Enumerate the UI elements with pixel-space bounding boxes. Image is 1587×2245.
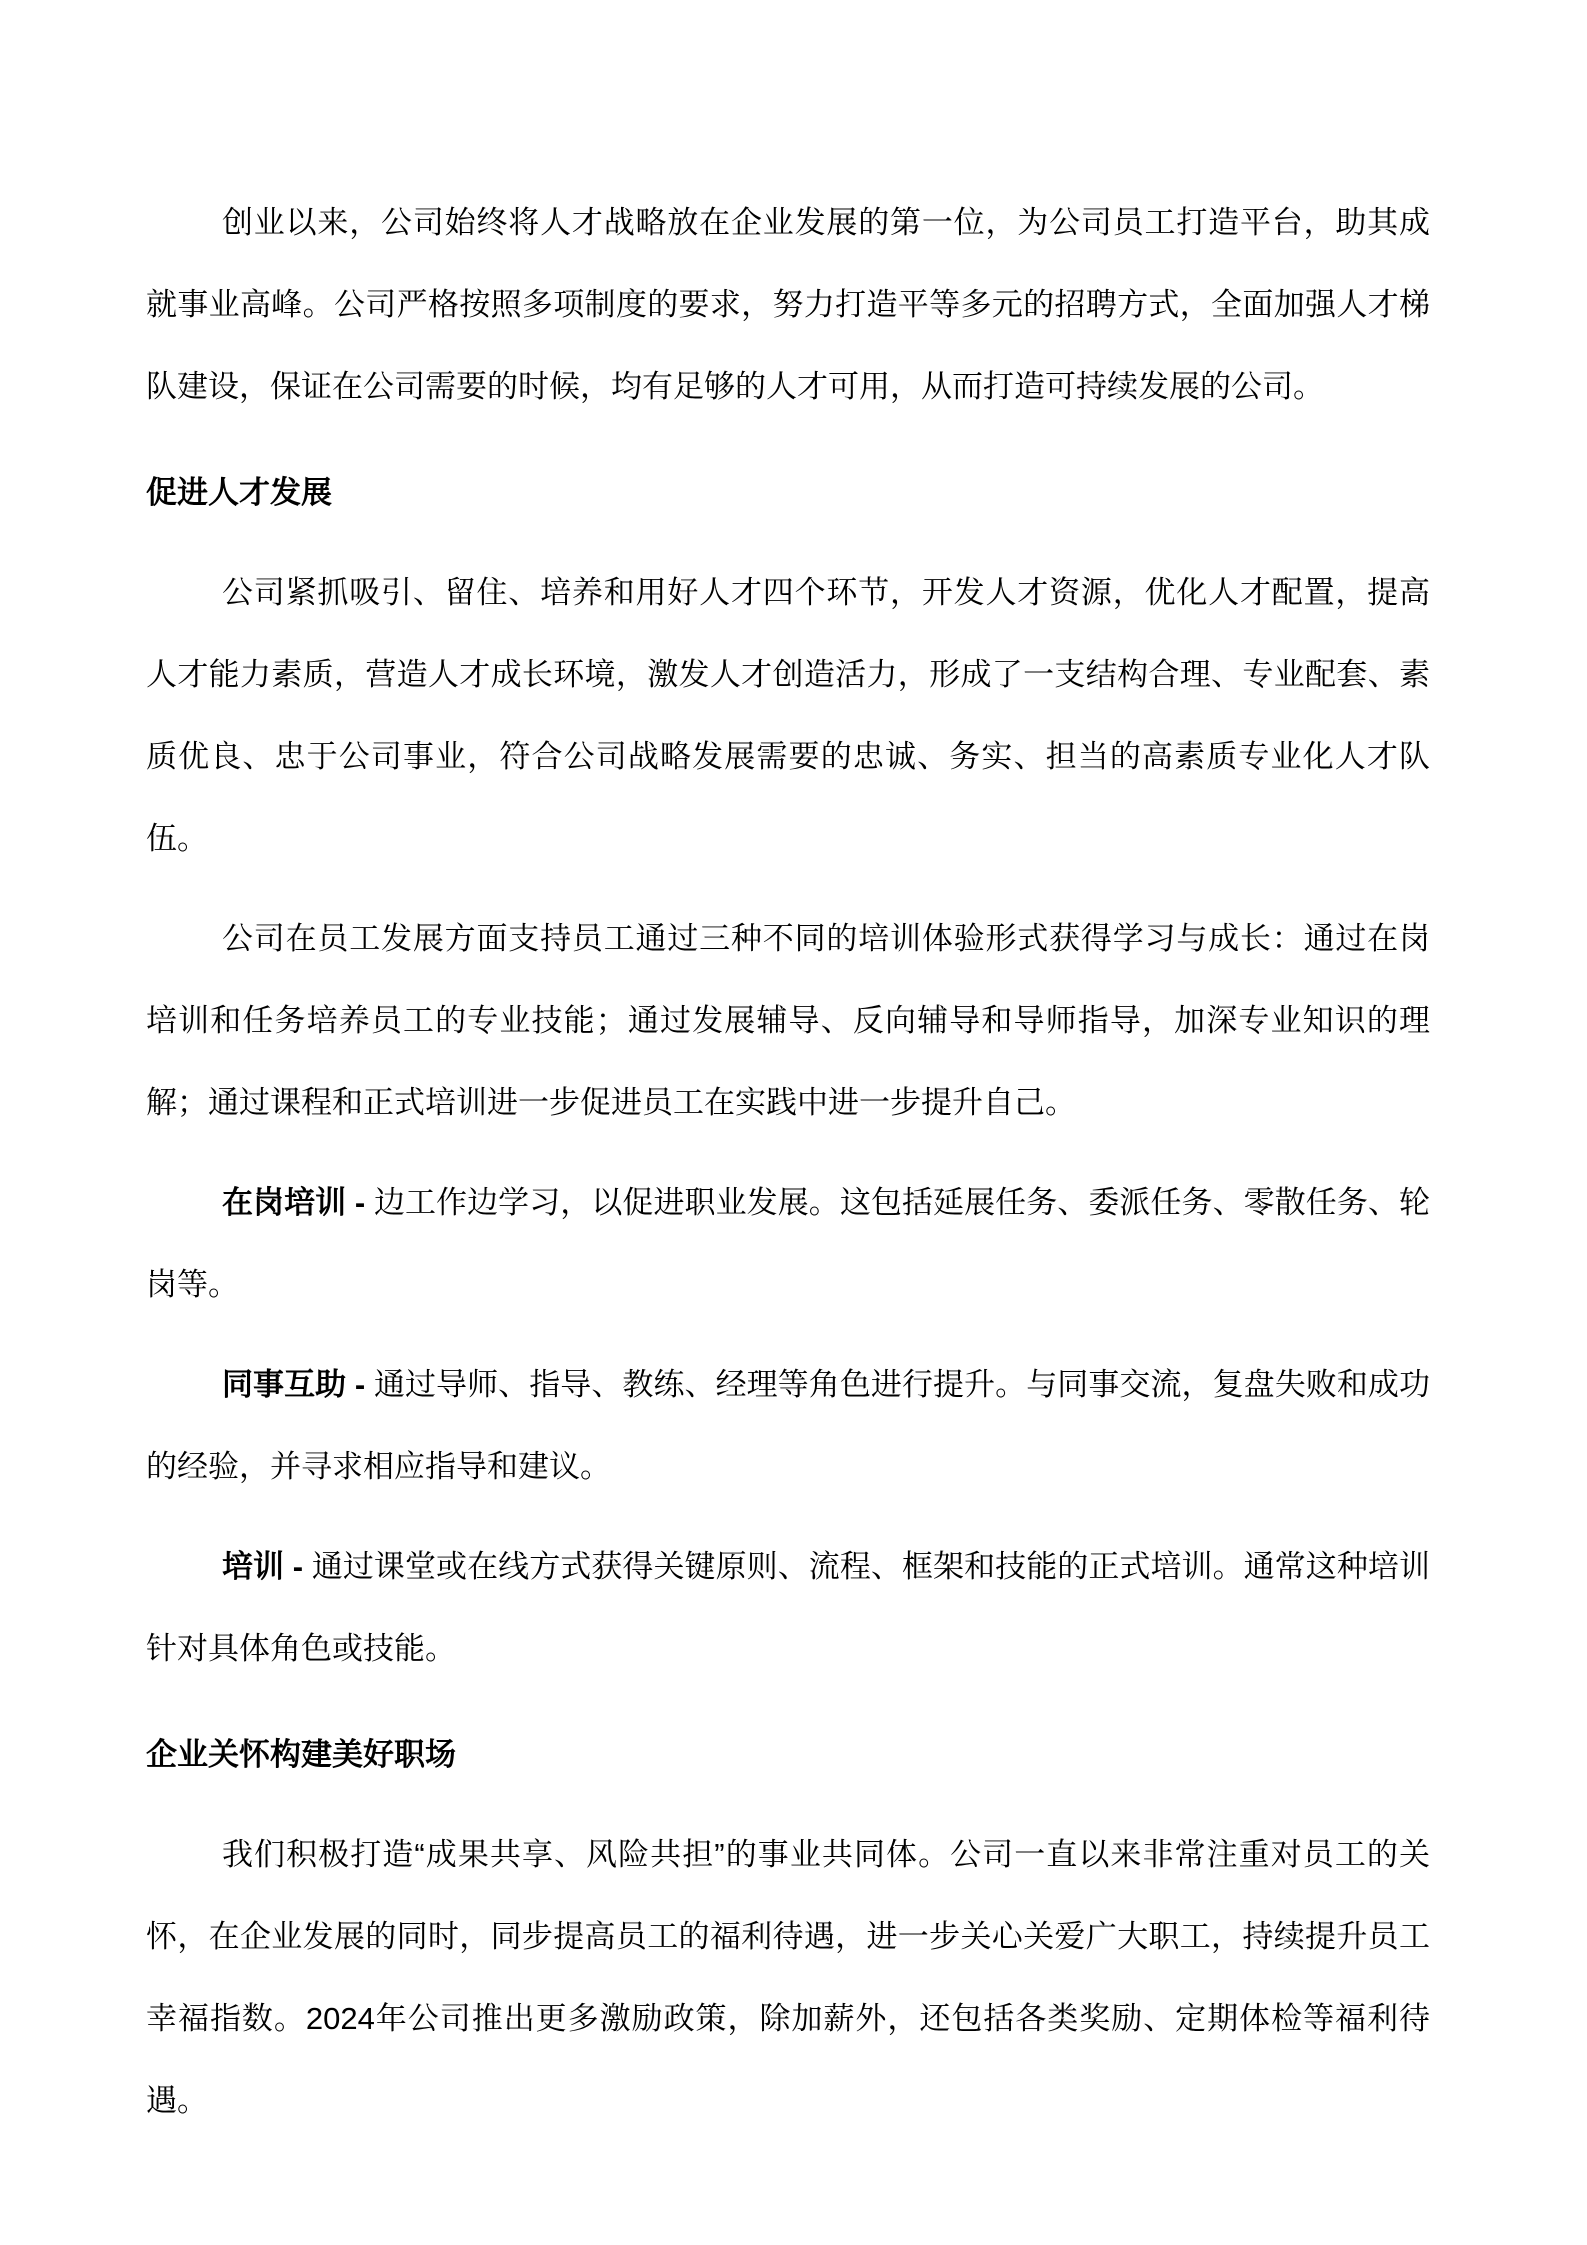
paragraph-intro: 创业以来，公司始终将人才战略放在企业发展的第一位，为公司员工打造平台，助其成就事… [146,182,1430,428]
paragraph-employee-welfare: 我们积极打造“成果共享、风险共担”的事业共同体。公司一直以来非常注重对员工的关怀… [146,1814,1430,2142]
paragraph-text: 创业以来，公司始终将人才战略放在企业发展的第一位，为公司员工打造平台，助其成就事… [146,205,1430,404]
section-heading-talent-development: 促进人才发展 [146,452,1430,534]
paragraph-text: 我们积极打造“成果共享、风险共担”的事业共同体。公司一直以来非常注重对员工的关怀… [146,1837,1430,2118]
term-on-job-training: 在岗培训 - [222,1185,374,1220]
heading-text: 促进人才发展 [146,475,332,510]
paragraph-talent-links: 公司紧抓吸引、留住、培养和用好人才四个环节，开发人才资源，优化人才配置，提高人才… [146,552,1430,880]
paragraph-text: 通过课堂或在线方式获得关键原则、流程、框架和技能的正式培训。通常这种培训针对具体… [146,1549,1430,1666]
term-peer-support: 同事互助 - [222,1367,374,1402]
paragraph-training-forms: 公司在员工发展方面支持员工通过三种不同的培训体验形式获得学习与成长：通过在岗培训… [146,898,1430,1144]
paragraph-formal-training: 培训 - 通过课堂或在线方式获得关键原则、流程、框架和技能的正式培训。通常这种培… [146,1526,1430,1690]
document-page: 创业以来，公司始终将人才战略放在企业发展的第一位，为公司员工打造平台，助其成就事… [0,0,1587,2245]
term-formal-training: 培训 - [222,1549,312,1584]
paragraph-peer-support: 同事互助 - 通过导师、指导、教练、经理等角色进行提升。与同事交流，复盘失败和成… [146,1344,1430,1508]
paragraph-text: 公司在员工发展方面支持员工通过三种不同的培训体验形式获得学习与成长：通过在岗培训… [146,921,1430,1120]
section-heading-corporate-care: 企业关怀构建美好职场 [146,1714,1430,1796]
paragraph-on-job-training: 在岗培训 - 边工作边学习，以促进职业发展。这包括延展任务、委派任务、零散任务、… [146,1162,1430,1326]
heading-text: 企业关怀构建美好职场 [146,1737,456,1772]
paragraph-text: 公司紧抓吸引、留住、培养和用好人才四个环节，开发人才资源，优化人才配置，提高人才… [146,575,1430,856]
